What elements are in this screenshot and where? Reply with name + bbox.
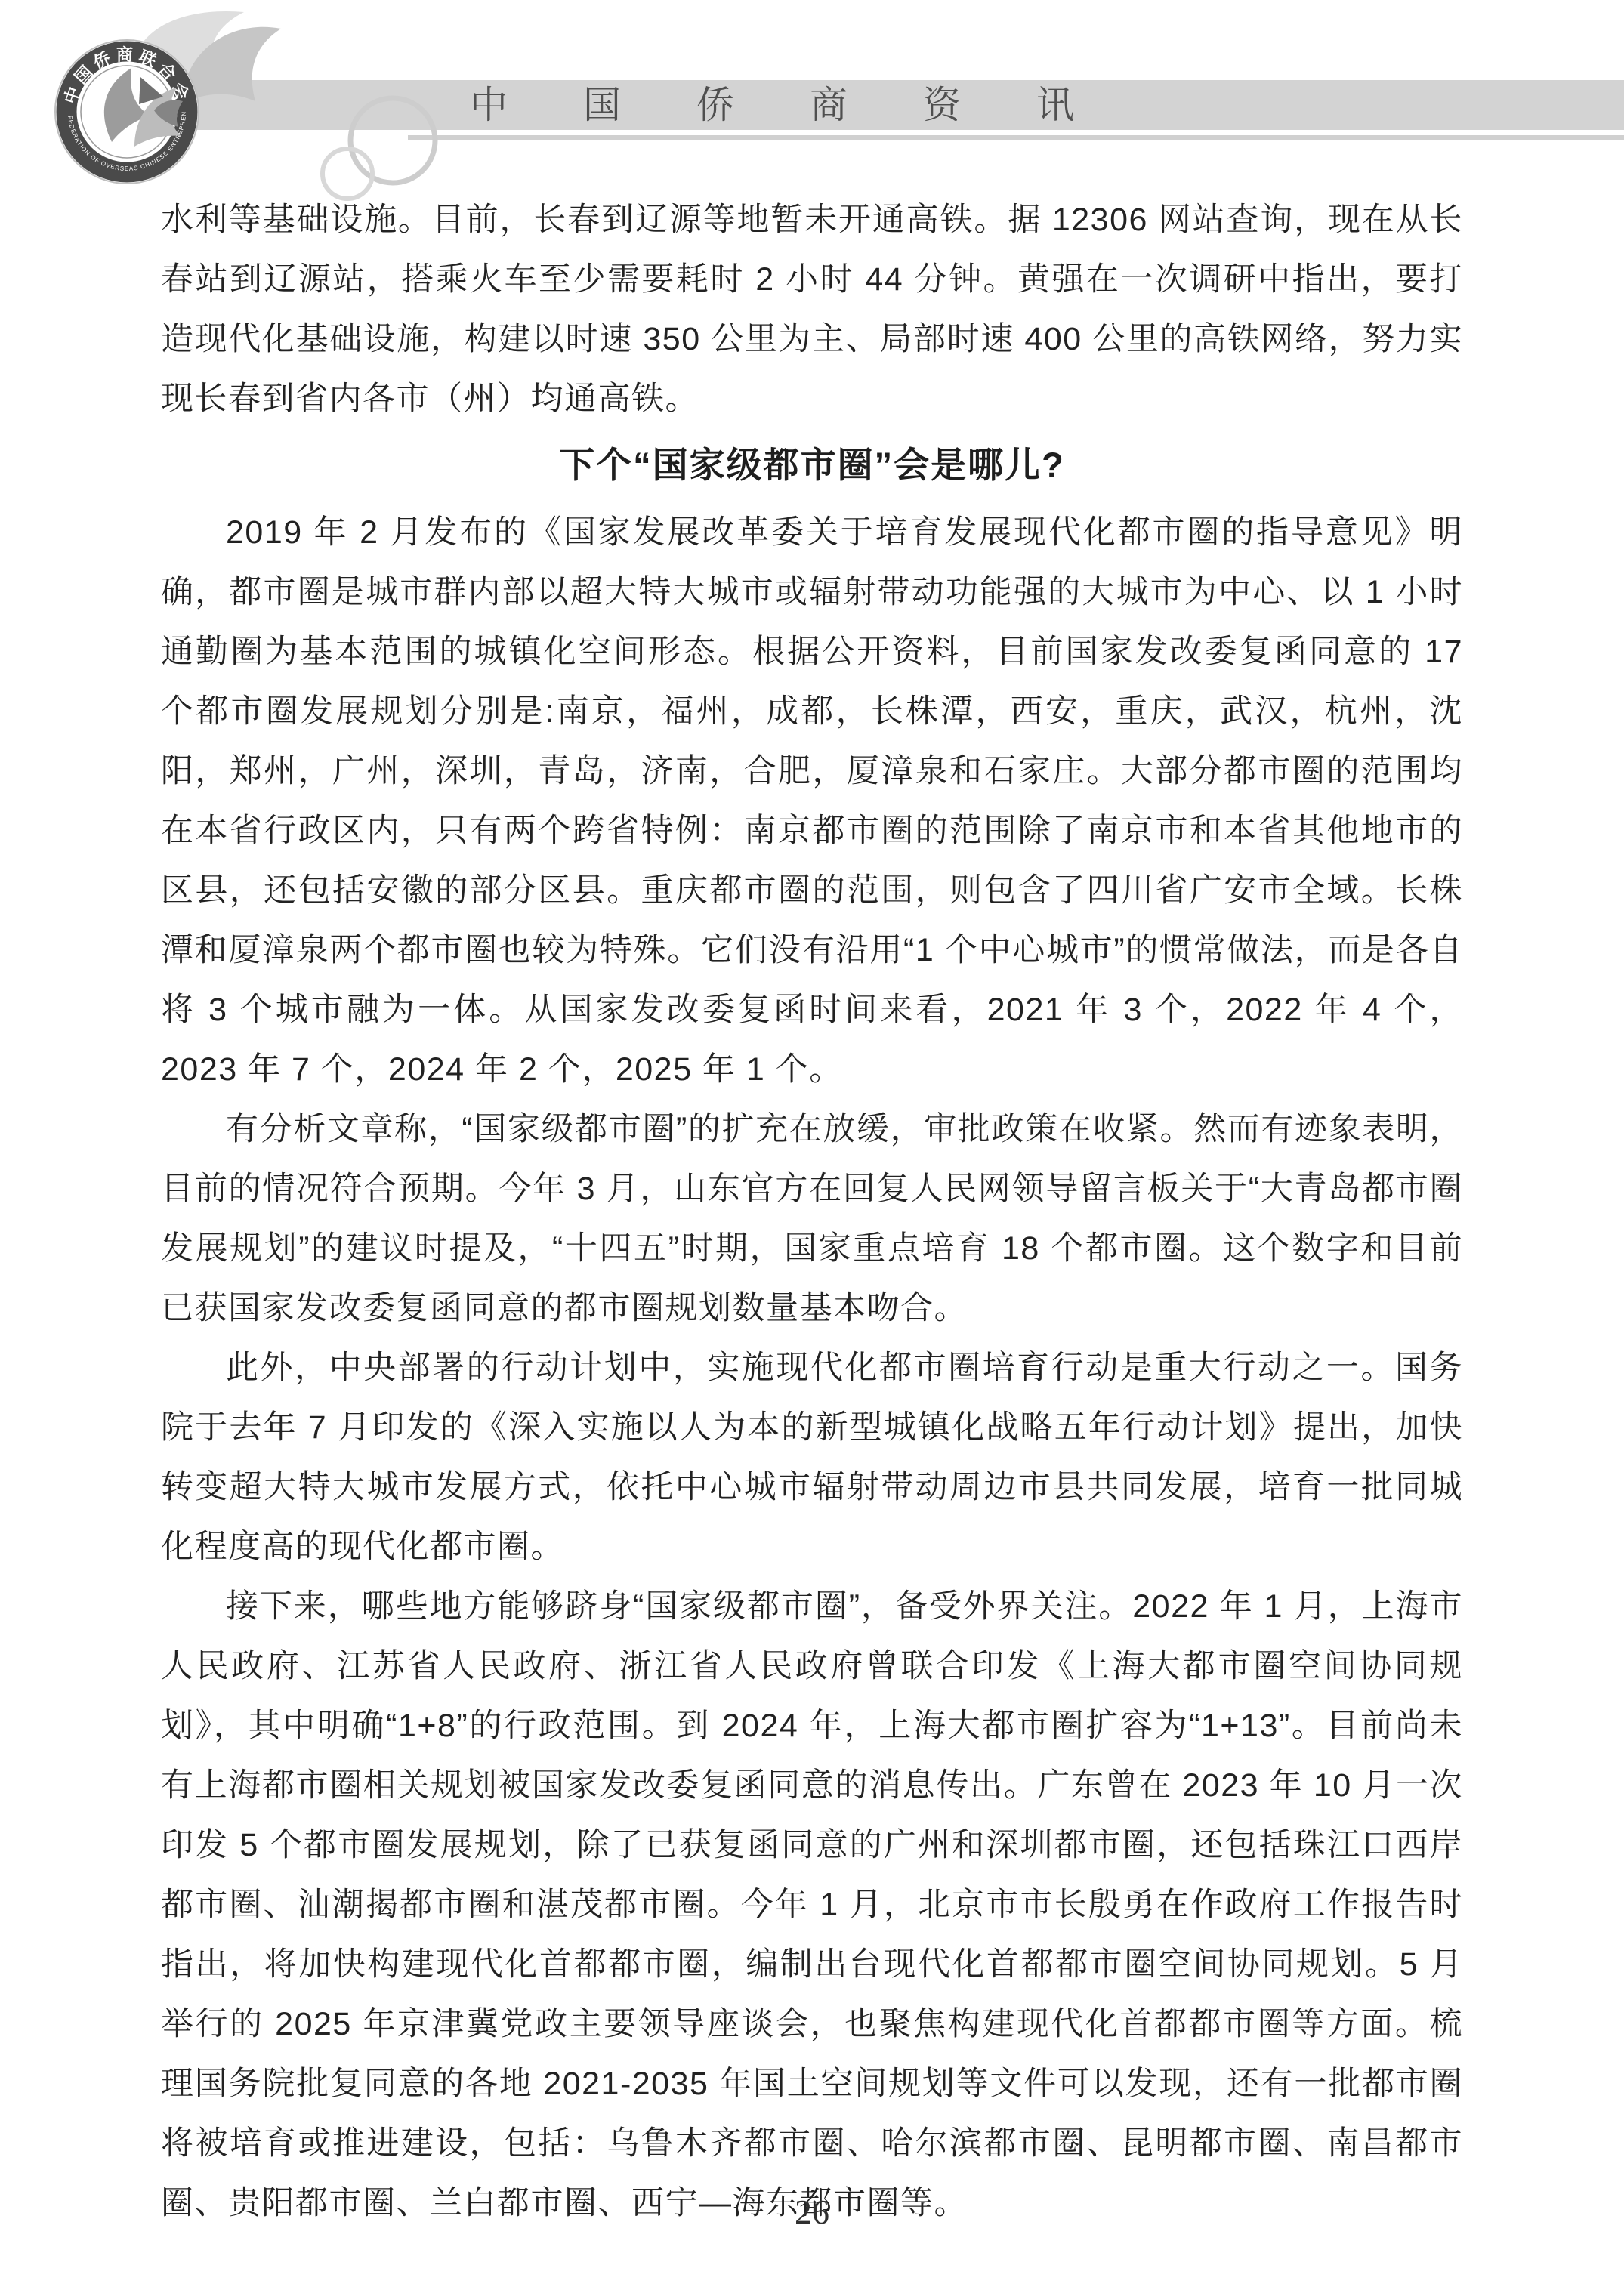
header-rule — [408, 135, 1624, 140]
body-paragraph: 此外，中央部署的行动计划中，实施现代化都市圈培育行动是重大行动之一。国务院于去年… — [161, 1338, 1463, 1577]
logo-outline-circle-large — [350, 98, 435, 183]
body-paragraph: 2019 年 2 月发布的《国家发展改革委关于培育发展现代化都市圈的指导意见》明… — [161, 503, 1463, 1100]
article-body: 水利等基础设施。目前，长春到辽源等地暂未开通高铁。据 12306 网站查询，现在… — [161, 190, 1463, 2233]
body-paragraph: 有分析文章称，“国家级都市圈”的扩充在放缓，审批政策在收紧。然而有迹象表明，目前… — [161, 1100, 1463, 1338]
document-page: 中国侨商资讯 中国侨商联合会 CHINA FEDERATION OF OVERS… — [0, 0, 1624, 2293]
header-banner-title: 中国侨商资讯 — [470, 80, 1150, 130]
federation-logo-icon: 中国侨商联合会 CHINA FEDERATION OF OVERSEAS CHI… — [21, 5, 444, 201]
section-heading: 下个“国家级都市圈”会是哪儿? — [161, 434, 1463, 497]
page-number: 26 — [0, 2192, 1624, 2232]
body-paragraph: 接下来，哪些地方能够跻身“国家级都市圈”，备受外界关注。2022 年 1 月，上… — [161, 1577, 1463, 2233]
body-paragraph: 水利等基础设施。目前，长春到辽源等地暂未开通高铁。据 12306 网站查询，现在… — [161, 190, 1463, 429]
